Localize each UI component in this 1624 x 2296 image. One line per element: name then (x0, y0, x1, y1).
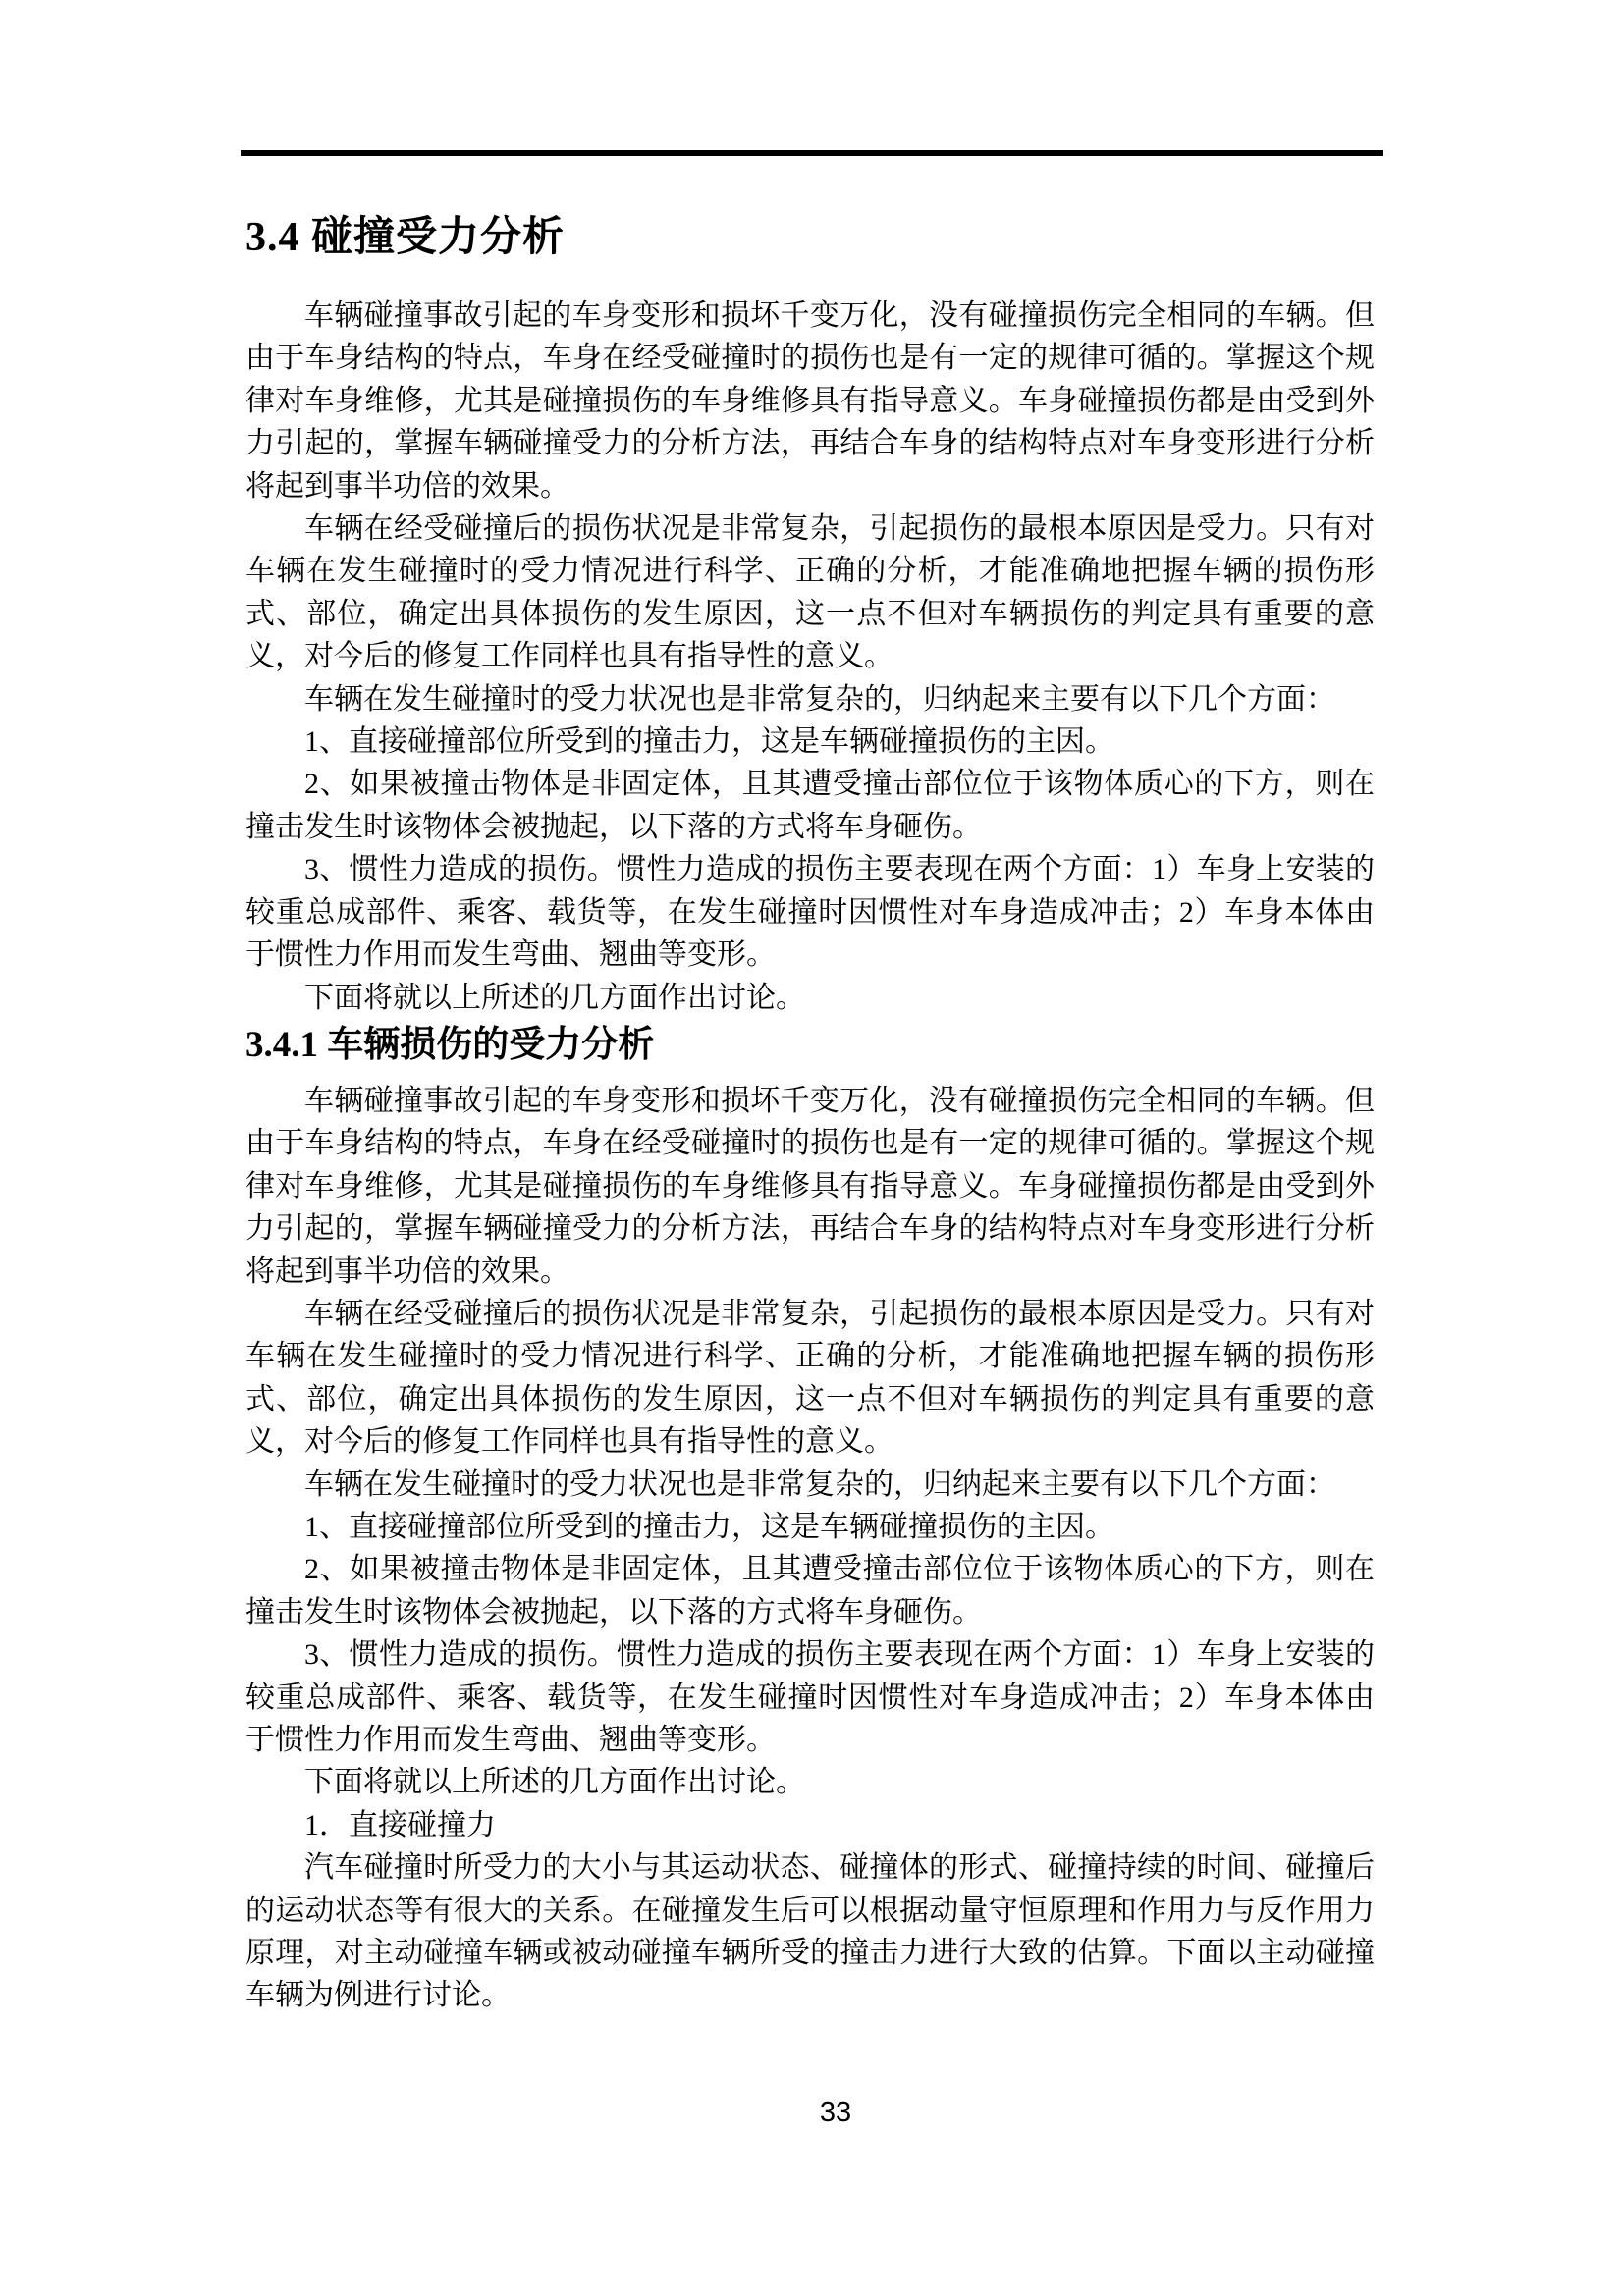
body-paragraph: 汽车碰撞时所受力的大小与其运动状态、碰撞体的形式、碰撞持续的时间、碰撞后的运动状… (245, 1846, 1375, 2017)
body-paragraph: 车辆在发生碰撞时的受力状况也是非常复杂的，归纳起来主要有以下几个方面： (245, 678, 1375, 721)
numbered-subtopic-title: 1．直接碰撞力 (245, 1804, 1375, 1846)
document-page: 3.4 碰撞受力分析 车辆碰撞事故引起的车身变形和损坏千变万化，没有碰撞损伤完全… (0, 0, 1624, 2296)
body-paragraph: 车辆在经受碰撞后的损伤状况是非常复杂，引起损伤的最根本原因是受力。只有对车辆在发… (245, 507, 1375, 678)
body-paragraph: 车辆碰撞事故引起的车身变形和损坏千变万化，没有碰撞损伤完全相同的车辆。但由于车身… (245, 294, 1375, 507)
body-paragraph: 车辆碰撞事故引起的车身变形和损坏千变万化，没有碰撞损伤完全相同的车辆。但由于车身… (245, 1080, 1375, 1293)
body-paragraph: 下面将就以上所述的几方面作出讨论。 (245, 1761, 1375, 1803)
subsection-heading: 3.4.1 车辆损伤的受力分析 (245, 1021, 1375, 1070)
list-item-paragraph: 2、如果被撞击物体是非固定体，且其遭受撞击部位位于该物体质心的下方，则在撞击发生… (245, 763, 1375, 848)
list-item-paragraph: 3、惯性力造成的损伤。惯性力造成的损伤主要表现在两个方面：1）车身上安装的较重总… (245, 1633, 1375, 1761)
list-item-paragraph: 1、直接碰撞部位所受到的撞击力，这是车辆碰撞损伤的主因。 (245, 1506, 1375, 1548)
list-item-paragraph: 1、直接碰撞部位所受到的撞击力，这是车辆碰撞损伤的主因。 (245, 721, 1375, 763)
body-paragraph: 车辆在发生碰撞时的受力状况也是非常复杂的，归纳起来主要有以下几个方面： (245, 1464, 1375, 1506)
section-heading: 3.4 碰撞受力分析 (245, 210, 1375, 265)
document-body: 3.4 碰撞受力分析 车辆碰撞事故引起的车身变形和损坏千变万化，没有碰撞损伤完全… (245, 155, 1375, 2017)
list-item-paragraph: 2、如果被撞击物体是非固定体，且其遭受撞击部位位于该物体质心的下方，则在撞击发生… (245, 1548, 1375, 1633)
list-item-paragraph: 3、惯性力造成的损伤。惯性力造成的损伤主要表现在两个方面：1）车身上安装的较重总… (245, 848, 1375, 976)
page-number: 33 (0, 2099, 1624, 2127)
body-paragraph: 下面将就以上所述的几方面作出讨论。 (245, 977, 1375, 1019)
body-paragraph: 车辆在经受碰撞后的损伤状况是非常复杂，引起损伤的最根本原因是受力。只有对车辆在发… (245, 1293, 1375, 1464)
